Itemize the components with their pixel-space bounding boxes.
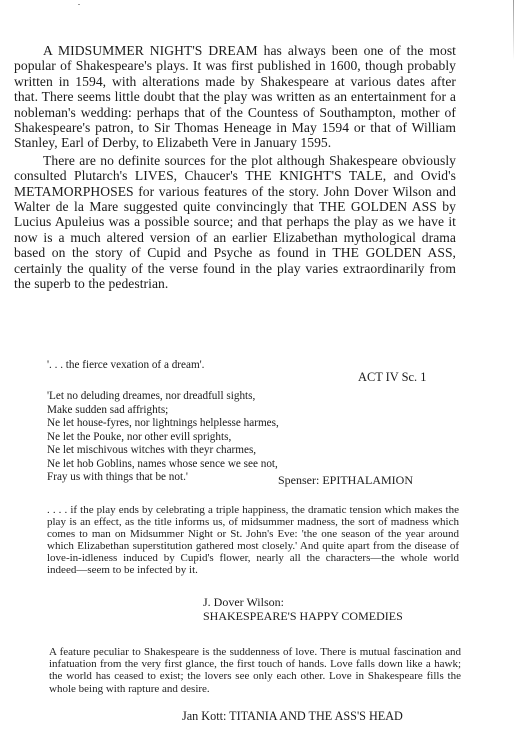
dream-quote: '. . . the fierce vexation of a dream'. <box>47 359 204 372</box>
poem-line: Fray us with things that be not.' <box>47 471 279 485</box>
wilson-quote: . . . . if the play ends by celebrating … <box>47 505 459 576</box>
kott-citation: Jan Kott: TITANIA AND THE ASS'S HEAD <box>182 709 403 723</box>
kott-quote: A feature peculiar to Shakespeare is the… <box>49 646 461 695</box>
page-edge-shadow <box>513 0 514 60</box>
epithalamion-poem: 'Let no deluding dreames, nor dreadfull … <box>47 390 279 485</box>
poem-line: Ne let mischivous witches with theyr cha… <box>47 444 279 458</box>
poem-line: Ne let the Pouke, nor other evill sprigh… <box>47 431 279 445</box>
intro-paragraph-2: There are no definite sources for the pl… <box>14 153 456 292</box>
spenser-citation: Spenser: EPITHALAMION <box>278 473 413 487</box>
act-reference: ACT IV Sc. 1 <box>358 370 426 384</box>
intro-paragraph-1: A MIDSUMMER NIGHT'S DREAM has always bee… <box>14 43 456 151</box>
wilson-citation-author: J. Dover Wilson: <box>203 595 403 609</box>
poem-line: Make sudden sad affrights; <box>47 404 279 418</box>
poem-line: Ne let house-fyres, nor lightnings helpl… <box>47 417 279 431</box>
introduction-text: A MIDSUMMER NIGHT'S DREAM has always bee… <box>14 43 456 292</box>
scan-speck <box>78 4 80 5</box>
wilson-citation: J. Dover Wilson: SHAKESPEARE'S HAPPY COM… <box>203 595 403 623</box>
poem-line: Ne let hob Goblins, names whose sence we… <box>47 458 279 472</box>
wilson-citation-title: SHAKESPEARE'S HAPPY COMEDIES <box>203 609 403 623</box>
poem-line: 'Let no deluding dreames, nor dreadfull … <box>47 390 279 404</box>
document-page: A MIDSUMMER NIGHT'S DREAM has always bee… <box>0 0 516 748</box>
